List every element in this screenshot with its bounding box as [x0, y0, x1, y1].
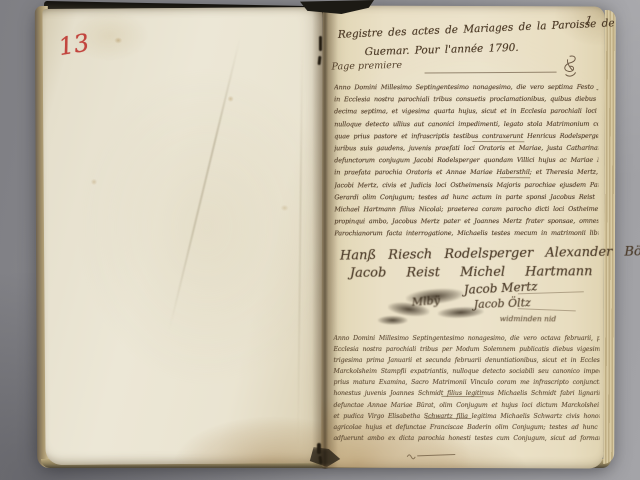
name-underline [472, 141, 524, 142]
folio-number-red: 13 [57, 28, 92, 61]
signature: Jacob Reist Michel Hartmann [350, 264, 593, 281]
photo-scan: 13 1 Registre des actes de Mariages de l… [0, 0, 640, 480]
section-label: Page premiere [331, 60, 402, 73]
closing-pen-mark [405, 451, 457, 460]
manuscript-line: trigesima prima Januarii et secunda febr… [333, 355, 599, 366]
register-title-line1: Registre des actes de Mariages de la Par… [338, 17, 615, 41]
latin-entry-1: Anno Domini Millesimo Septingentesimo no… [334, 81, 598, 240]
smudged-signature: Mlbÿ [411, 294, 440, 309]
manuscript-line: Marckolsheim Stampfii expatriantis, null… [333, 366, 599, 377]
right-page-content: 1 Registre des actes de Mariages de la P… [321, 6, 605, 469]
paper-crease [297, 47, 303, 447]
manuscript-line: adfuerunt ambo ex dicta parochia honesti… [333, 433, 599, 444]
manuscript-line: defunctorum conjugum Jacobi Rodelsperger… [334, 154, 598, 167]
manuscript-line: Gerardi olim Conjugum; testes ad hunc ac… [334, 191, 598, 204]
manuscript-line: agricolae hujus et defunctae Franciscae … [333, 422, 599, 433]
manuscript-line: juribus suis gaudens, juvenis praefati l… [334, 142, 598, 155]
faded-signature: widminden nid [500, 314, 556, 323]
name-underline [441, 396, 483, 397]
manuscript-line: Jacobi Mertz, civis et Judicis loci Osth… [334, 178, 598, 191]
manuscript-line: et pudica Virgo Elisabetha Schwartz fili… [333, 411, 599, 422]
manuscript-line: nulloque detecto ullius aut canonici imp… [334, 117, 598, 130]
manuscript-line: Anno Domini Millesimo Septingentesimo no… [333, 333, 599, 344]
manuscript-line: prius matura Examina, Sacro Matrimonii V… [333, 377, 599, 388]
manuscript-line: propinqui ambo, Jacobus Mertz pater et J… [334, 215, 598, 228]
register-book: 13 1 Registre des actes de Mariages de l… [36, 0, 616, 474]
right-page: 1 Registre des actes de Mariages de la P… [321, 6, 605, 469]
manuscript-line: quae prius pastore et infrascriptis test… [334, 130, 598, 143]
manuscript-line: defunctae Annae Mariae Bürat, olim Conju… [333, 400, 599, 411]
signature: Hanß Riesch Rodelsperger Alexander Böhlu… [340, 244, 640, 264]
manuscript-line: in praefata parochia Oratoris et Annae M… [334, 166, 598, 179]
section-rule [425, 72, 557, 74]
binding-stitch [319, 36, 322, 51]
page-block-fore-edge [603, 10, 616, 464]
left-page: 13 [42, 7, 325, 465]
signature: Jacob Mertz [464, 279, 538, 297]
pen-scrawl [518, 308, 576, 311]
binding-stitch [317, 443, 321, 454]
register-title-line2: Guemar. Pour l'année 1790. [365, 42, 519, 58]
manuscript-line: decima septima, et vigesima quarta hujus… [334, 105, 598, 118]
name-underline [500, 177, 530, 178]
paper-crease [168, 38, 240, 330]
name-underline [425, 418, 471, 419]
left-page-stains [42, 7, 325, 465]
ink-smudge [378, 316, 408, 325]
manuscript-line: honestus juvenis Joannes Schmidt filius … [333, 388, 599, 399]
manuscript-line: Parochianorum facta interrogatione, Mich… [334, 227, 598, 240]
manuscript-line: Anno Domini Millesimo Septingentesimo no… [334, 81, 598, 94]
paraph-flourish-icon [559, 54, 581, 78]
manuscript-line: in Ecclesia nostra parochiali tribus con… [334, 93, 598, 106]
manuscript-line: Michael Hartmann filius Nicolai; praeter… [334, 203, 598, 216]
manuscript-line: Ecclesia nostra parochiali tribus per Mo… [333, 344, 599, 355]
latin-entry-2: Anno Domini Millesimo Septingentesimo no… [333, 333, 599, 444]
